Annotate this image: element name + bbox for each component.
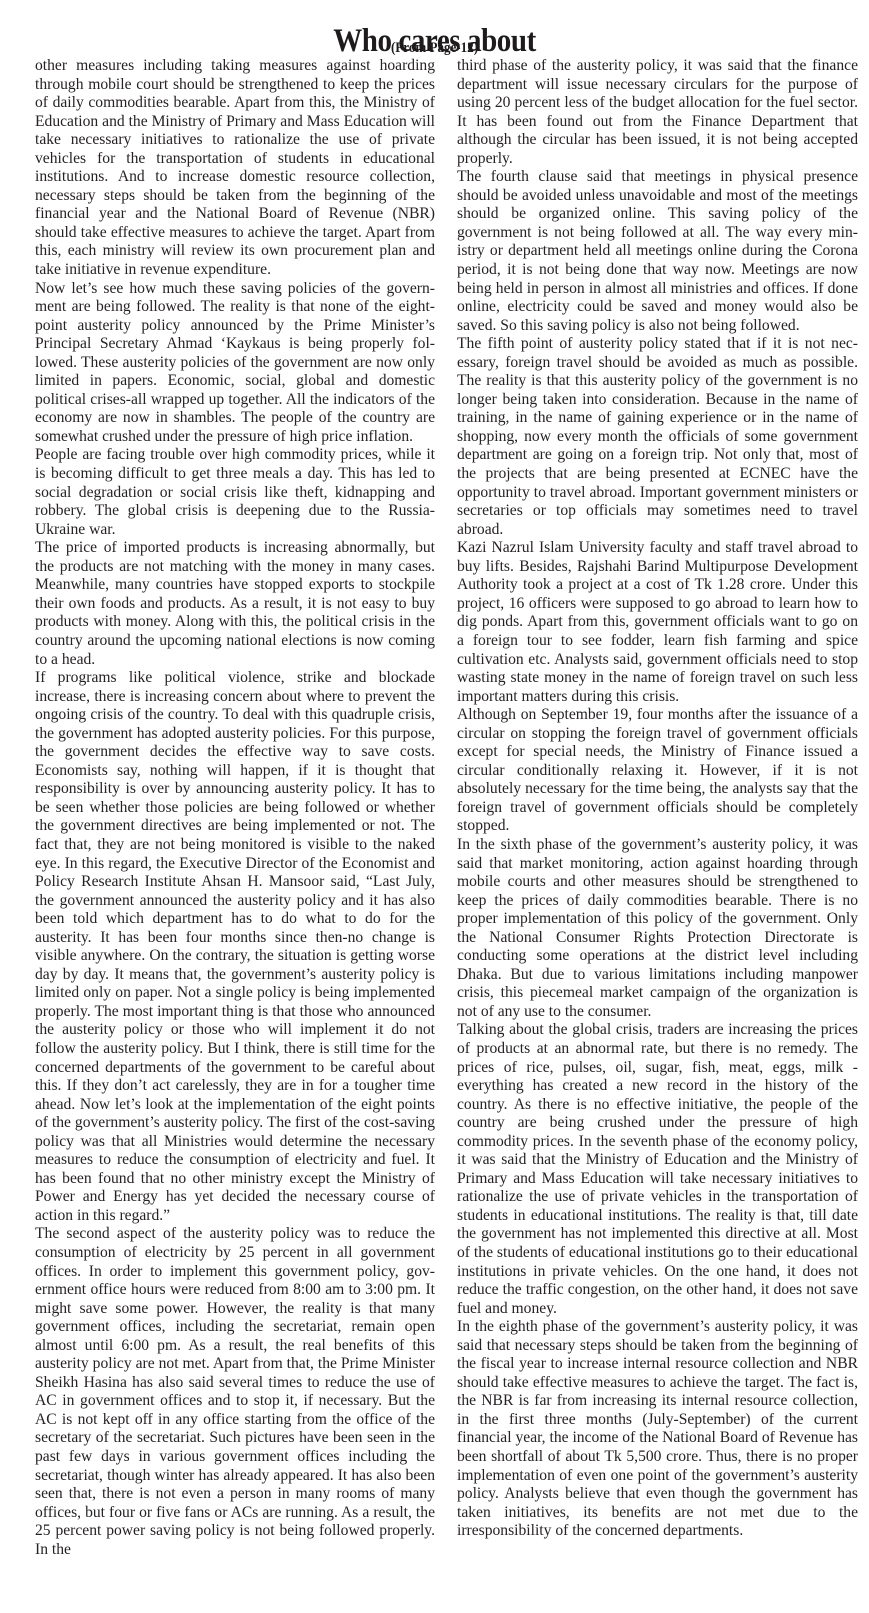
continued-from-label: (From Page-12)	[43, 39, 825, 57]
article-column-left: other measures including taking measures…	[35, 57, 435, 1559]
paragraph: People are facing trouble over high comm…	[35, 446, 435, 539]
article-column-right: third phase of the austerity policy, it …	[457, 57, 858, 1541]
paragraph: The fifth point of austerity policy stat…	[457, 335, 858, 539]
paragraph: The fourth clause said that meetings in …	[457, 168, 858, 335]
paragraph: In the sixth phase of the government’s a…	[457, 836, 858, 1021]
paragraph: The second aspect of the austerity polic…	[35, 1225, 435, 1559]
paragraph: third phase of the austerity policy, it …	[457, 57, 858, 168]
paragraph: Kazi Nazrul Islam University faculty and…	[457, 539, 858, 706]
paragraph: other measures including taking measures…	[35, 57, 435, 280]
paragraph: In the eighth phase of the government’s …	[457, 1318, 858, 1541]
paragraph: Now let’s see how much these saving poli…	[35, 280, 435, 447]
paragraph: If programs like political violence, str…	[35, 669, 435, 1225]
paragraph: The price of imported products is increa…	[35, 539, 435, 669]
paragraph: Although on September 19, four months af…	[457, 706, 858, 836]
paragraph: Talking about the global crisis, traders…	[457, 1021, 858, 1318]
